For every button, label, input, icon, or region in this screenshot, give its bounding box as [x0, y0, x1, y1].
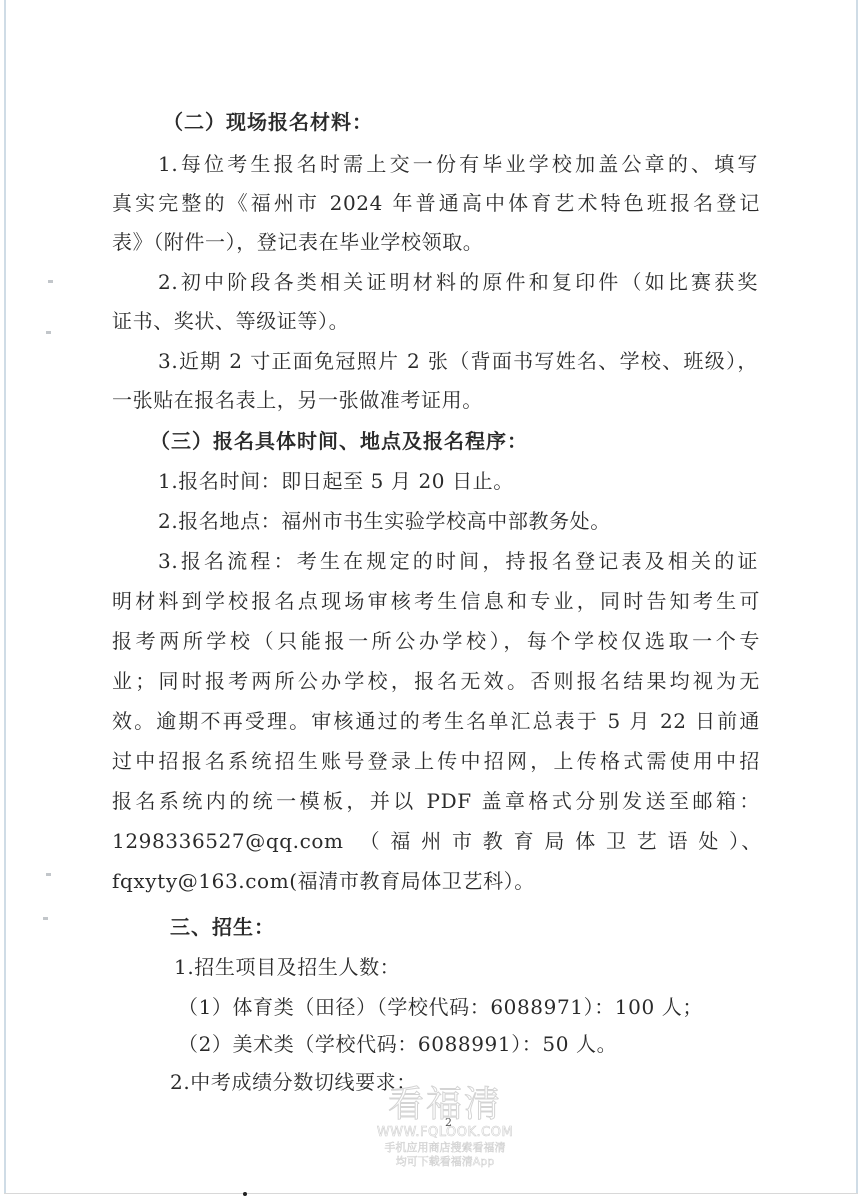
section-heading-onsite-materials: （二）现场报名材料： [163, 108, 811, 136]
paragraph-line: 2.初中阶段各类相关证明材料的原件和复印件（如比赛获奖 [158, 268, 758, 296]
registration-time: 1.报名时间：即日起至 5 月 20 日止。 [158, 467, 806, 495]
email-link-fuqing[interactable]: fqxyty@163.com [112, 869, 289, 893]
paragraph-line: 明材料到学校报名点现场审核考生信息和专业，同时告知考生可 [112, 587, 760, 615]
paragraph-line: 3.报名流程：考生在规定的时间，持报名登记表及相关的证 [158, 547, 758, 575]
paragraph-line: 表》（附件一），登记表在毕业学校领取。 [112, 228, 760, 256]
watermark-line-1: 手机应用商店搜索看福清 [365, 1141, 525, 1155]
page-number: 2 [445, 1116, 452, 1129]
page-edge-right [856, 0, 858, 1193]
scan-mark [46, 331, 51, 334]
enrollment-item-sports: （1）体育类（田径）（学校代码：6088971）：100 人； [178, 993, 826, 1021]
paragraph-line: 报考两所学校（只能报一所公办学校），每个学校仅选取一个专 [112, 627, 760, 655]
paragraph-line: 报名系统内的统一模板，并以 PDF 盖章格式分别发送至邮箱： [112, 787, 760, 815]
paragraph-line: 效。逾期不再受理。审核通过的考生名单汇总表于 5 月 22 日前通 [112, 707, 760, 735]
bottom-dot [243, 1192, 247, 1196]
scan-mark [43, 917, 48, 920]
page-edge-left [4, 0, 6, 1193]
page-edge-bottom [4, 1193, 858, 1194]
email-org-fuzhou: （ 福 州 市 教 育 局 体 卫 艺 语 处 ）、 [360, 827, 762, 855]
paragraph-line: 过中招报名系统招生账号登录上传中招网，上传格式需使用中招 [112, 747, 760, 775]
paragraph-line: 1.每位考生报名时需上交一份有毕业学校加盖公章的、填写 [158, 150, 758, 178]
scan-mark [46, 873, 51, 876]
paragraph-line: 证书、奖状、等级证等）。 [112, 307, 760, 335]
section-heading-enrollment: 三、招生： [170, 913, 818, 941]
enrollment-sub-heading-1: 1.招生项目及招生人数： [174, 953, 822, 981]
email-line-2: fqxyty@163.com(福清市教育局体卫艺科）。 [112, 867, 760, 895]
paragraph-line: 一张贴在报名表上，另一张做准考证用。 [112, 386, 760, 414]
paragraph-line: 业；同时报考两所公办学校，报名无效。否则报名结果均视为无 [112, 667, 760, 695]
email-org-fuqing: (福清市教育局体卫艺科）。 [289, 869, 535, 893]
watermark-line-2: 均可下载看福清App [365, 1155, 525, 1169]
enrollment-item-art: （2）美术类（学校代码：6088991）：50 人。 [178, 1030, 826, 1058]
scan-mark [48, 280, 53, 283]
email-link-fuzhou[interactable]: 1298336527@qq.com [112, 827, 344, 855]
paragraph-line: 3.近期 2 寸正面免冠照片 2 张（背面书写姓名、学校、班级）， [158, 347, 758, 375]
registration-location: 2.报名地点：福州市书生实验学校高中部教务处。 [158, 507, 806, 535]
section-heading-registration: （三）报名具体时间、地点及报名程序： [150, 427, 798, 455]
paragraph-line: 真实完整的《福州市 2024 年普通高中体育艺术特色班报名登记 [112, 189, 760, 217]
email-line-1: 1298336527@qq.com （ 福 州 市 教 育 局 体 卫 艺 语 … [112, 827, 762, 855]
